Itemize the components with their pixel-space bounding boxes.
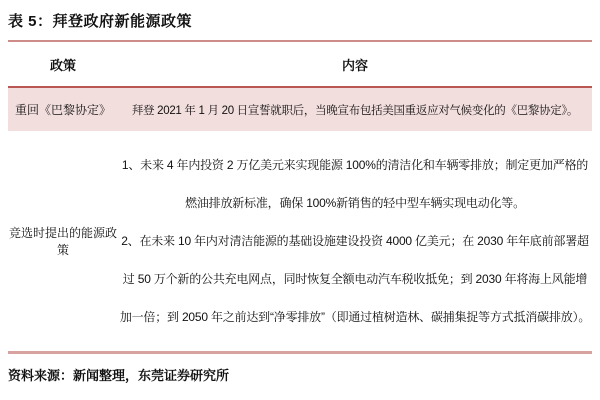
report-page: 表 5：拜登政府新能源政策 政策 内容 重回《巴黎协定》 拜登 2021 年 1…	[0, 0, 600, 400]
campaign-policy-item-1: 1、未来 4 年内投资 2 万亿美元来实现能源 100%的清洁化和车辆零排放；制…	[118, 146, 592, 222]
policy-content-campaign-energy: 1、未来 4 年内投资 2 万亿美元来实现能源 100%的清洁化和车辆零排放；制…	[118, 146, 592, 336]
policy-table: 政策 内容 重回《巴黎协定》 拜登 2021 年 1 月 20 日宣誓就职后，当…	[8, 40, 592, 354]
header-policy: 政策	[8, 55, 118, 74]
policy-name-campaign-energy: 竞选时提出的能源政策	[8, 224, 118, 258]
table-title: 表 5：拜登政府新能源政策	[8, 10, 592, 31]
header-content: 内容	[118, 55, 592, 74]
table-row: 竞选时提出的能源政策 1、未来 4 年内投资 2 万亿美元来实现能源 100%的…	[8, 131, 592, 351]
campaign-policy-item-2: 2、在未来 10 年内对清洁能源的基础设施建设投资 4000 亿美元；在 203…	[118, 222, 592, 336]
policy-content-paris-agreement: 拜登 2021 年 1 月 20 日宣誓就职后，当晚宣布包括美国重返应对气候变化…	[118, 102, 592, 118]
policy-name-paris-agreement: 重回《巴黎协定》	[8, 101, 118, 118]
table-row: 重回《巴黎协定》 拜登 2021 年 1 月 20 日宣誓就职后，当晚宣布包括美…	[8, 88, 592, 131]
table-header-row: 政策 内容	[8, 42, 592, 88]
source-note: 资料来源：新闻整理，东莞证券研究所	[8, 365, 592, 384]
